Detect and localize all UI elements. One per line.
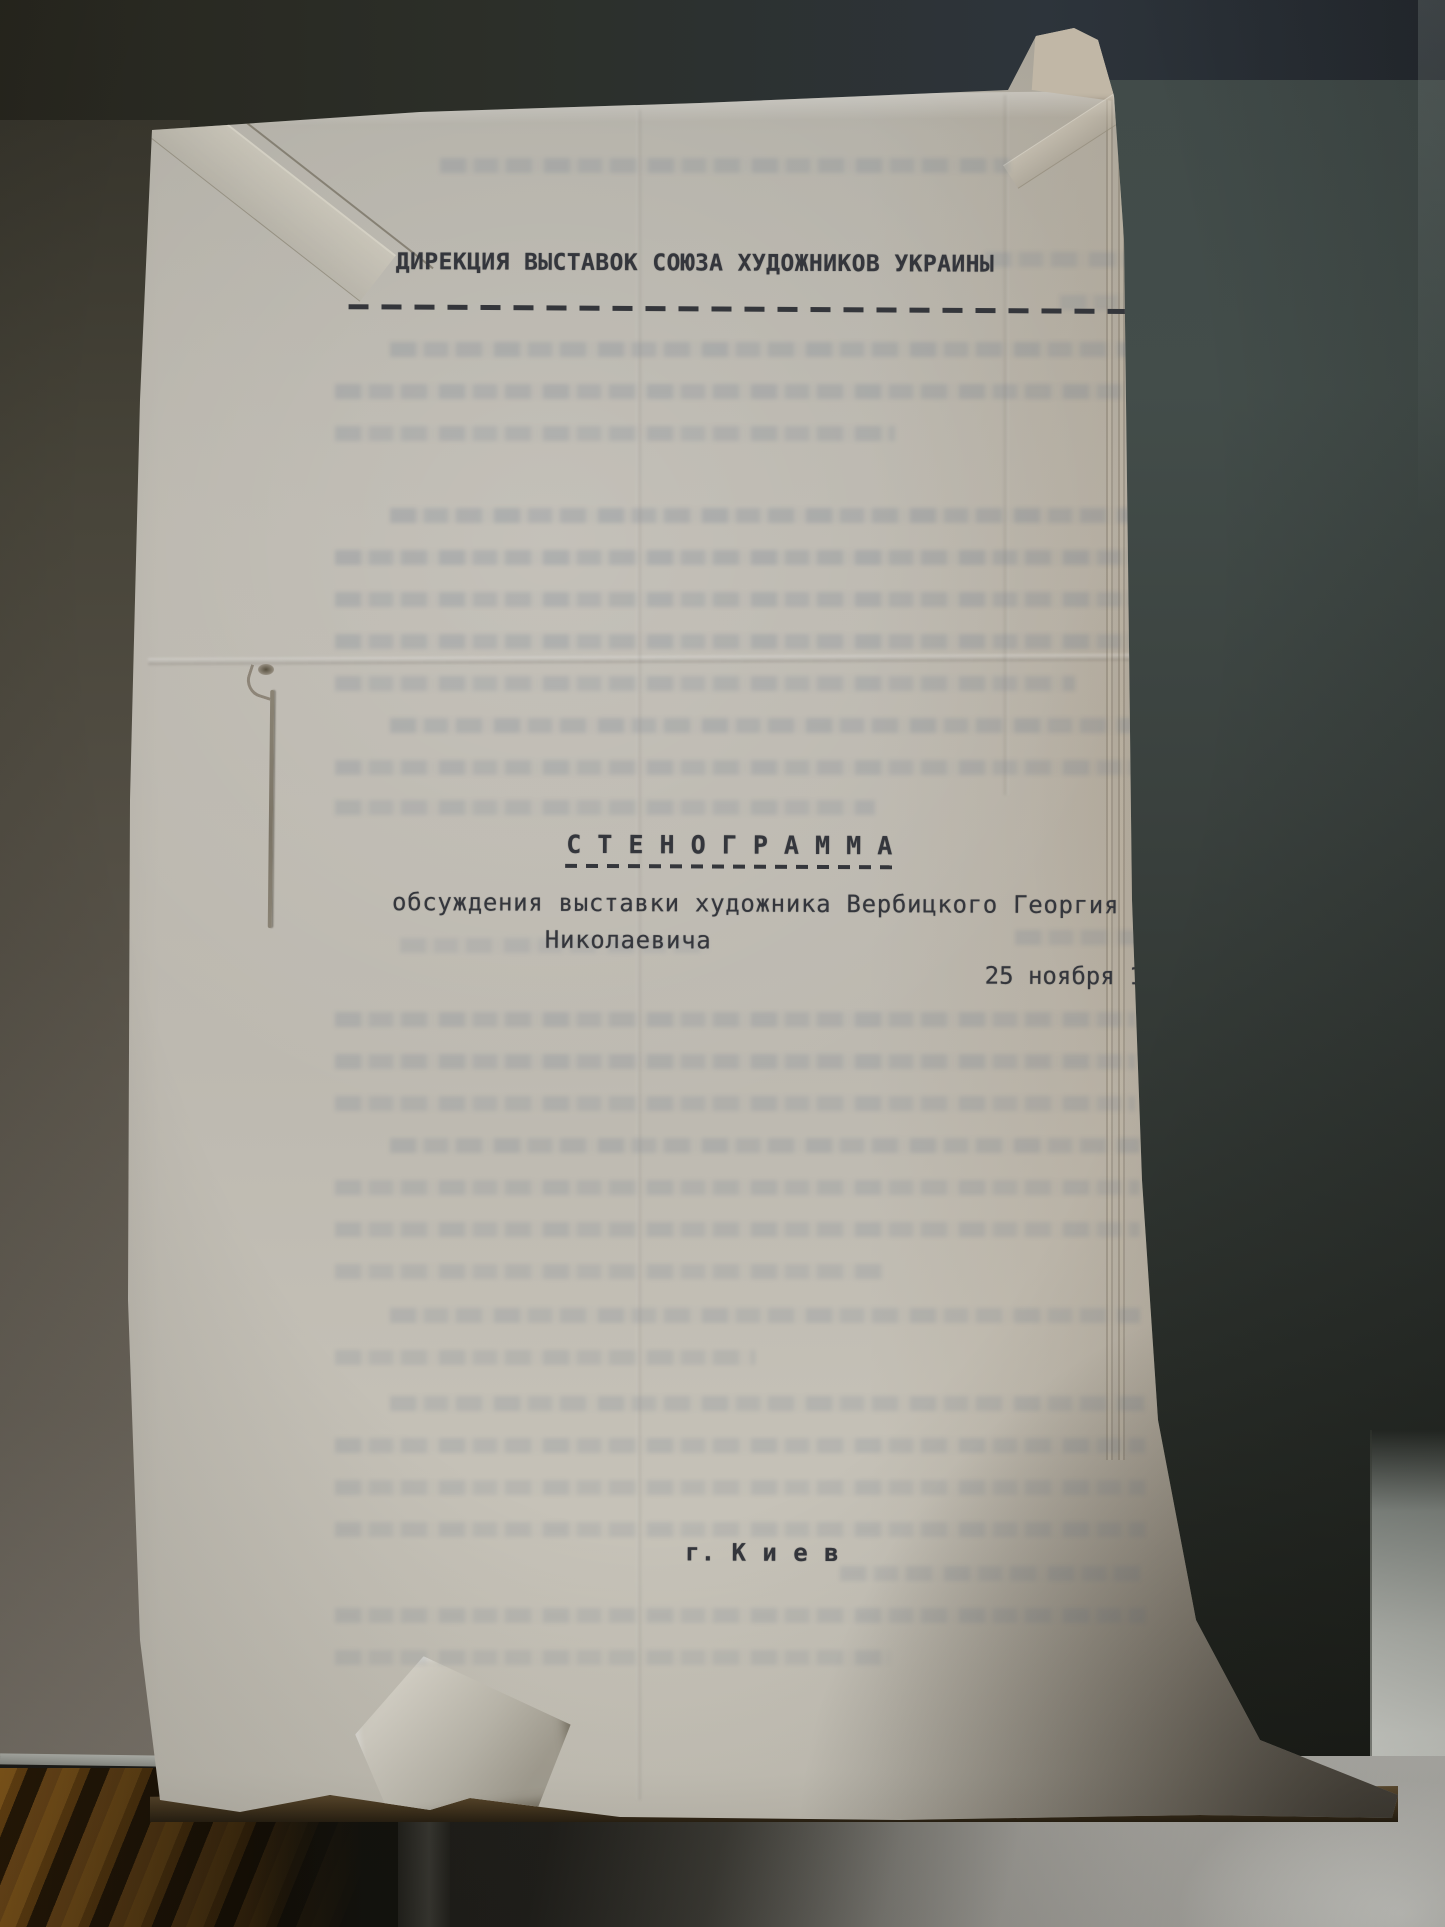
photo-of-typewritten-document: ДИРЕКЦИЯ ВЫСТАВОК СОЮЗА ХУДОЖНИКОВ УКРАИ…	[0, 0, 1445, 1927]
letterhead-dashed-underline	[349, 304, 1149, 314]
document-city: г. К и е в	[685, 1538, 840, 1567]
subject-line-2: Николаевича	[545, 926, 712, 955]
table-edge-sheen	[1418, 0, 1445, 520]
title-dashed-underline	[565, 864, 897, 869]
subject-line-1: обсуждения выставки художника Вербицкого…	[392, 888, 1119, 919]
metal-table-leg	[1370, 1430, 1445, 1800]
letterhead-line: ДИРЕКЦИЯ ВЫСТАВОК СОЮЗА ХУДОЖНИКОВ УКРАИ…	[396, 249, 994, 278]
document-title: С Т Е Н О Г Р А М М А	[566, 830, 893, 860]
